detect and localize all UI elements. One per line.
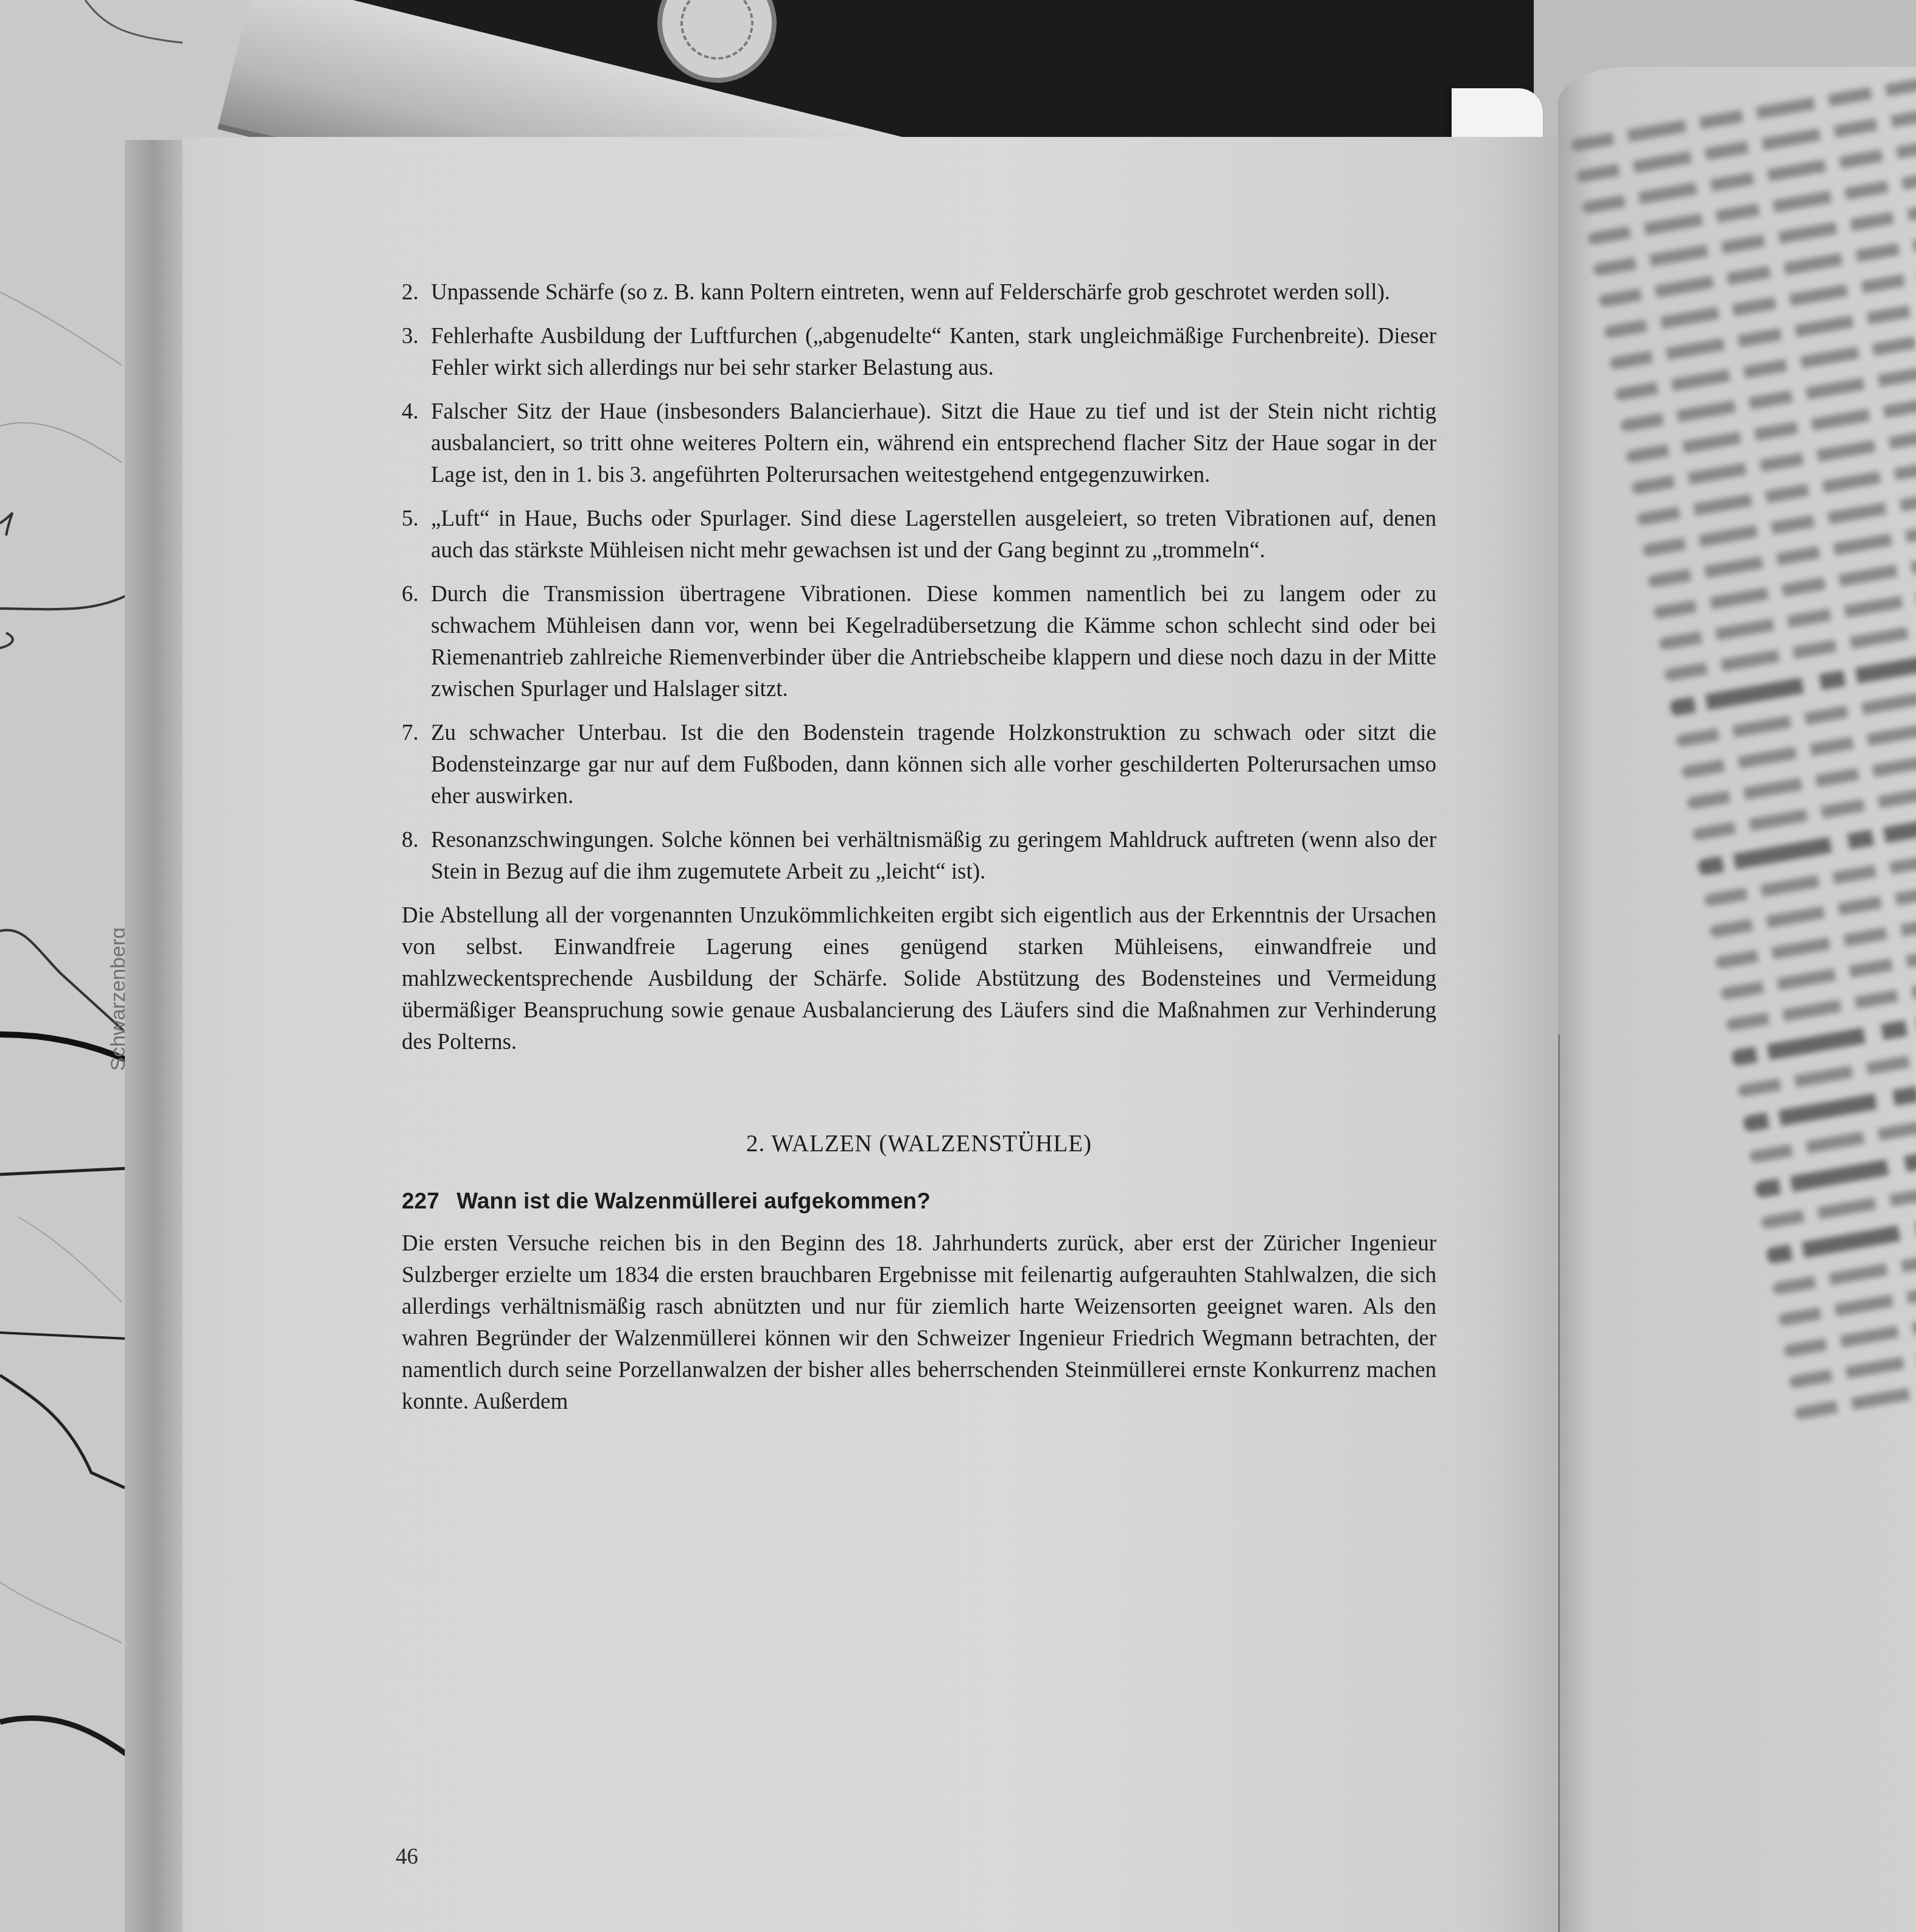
list-item-number: 3. — [402, 321, 431, 384]
question-text: Wann ist die Walzenmüllerei aufgekommen? — [456, 1188, 931, 1213]
list-item-text: Durch die Transmission übertragene Vibra… — [431, 579, 1436, 705]
list-item-text: Unpassende Schärfe (so z. B. kann Polter… — [431, 277, 1436, 309]
right-page-out-of-focus — [1558, 67, 1916, 1932]
list-item-text: Fehlerhafte Ausbildung der Luftfurchen (… — [431, 321, 1436, 384]
list-item-text: „Luft“ in Haue, Buchs oder Spurlager. Si… — [431, 503, 1436, 567]
list-item: 6. Durch die Transmission übertragene Vi… — [402, 579, 1436, 705]
list-item-number: 2. — [402, 277, 431, 309]
list-item-number: 8. — [402, 825, 431, 888]
list-item-number: 4. — [402, 396, 431, 491]
list-item: 3. Fehlerhafte Ausbildung der Luftfurche… — [402, 321, 1436, 384]
list-item-number: 6. — [402, 579, 431, 705]
list-item-text: Resonanzschwingungen. Solche können bei … — [431, 825, 1436, 888]
summary-paragraph: Die Abstellung all der vorgenannten Unzu… — [402, 900, 1436, 1058]
list-item: 7. Zu schwacher Unterbau. Ist die den Bo… — [402, 717, 1436, 812]
list-item: 2. Unpassende Schärfe (so z. B. kann Pol… — [402, 277, 1436, 309]
question-number: 227 — [402, 1185, 450, 1217]
list-item-number: 5. — [402, 503, 431, 567]
list-item: 4. Falscher Sitz der Haue (insbesonders … — [402, 396, 1436, 491]
section-title: 2. WALZEN (WALZENSTÜHLE) — [402, 1128, 1436, 1160]
list-item-number: 7. — [402, 717, 431, 812]
list-item: 8. Resonanzschwingungen. Solche können b… — [402, 825, 1436, 888]
page-gutter — [1558, 1034, 1560, 1932]
question-heading: 227 Wann ist die Walzenmüllerei aufgekom… — [402, 1185, 1436, 1217]
list-item: 5. „Luft“ in Haue, Buchs oder Spurlager.… — [402, 503, 1436, 567]
blurred-text — [1570, 72, 1916, 1439]
list-item-text: Falscher Sitz der Haue (insbesonders Bal… — [431, 396, 1436, 491]
page-body: 2. Unpassende Schärfe (so z. B. kann Pol… — [402, 277, 1436, 1430]
page-number: 46 — [396, 1844, 418, 1870]
answer-paragraph: Die ersten Versuche reichen bis in den B… — [402, 1228, 1436, 1418]
list-item-text: Zu schwacher Unterbau. Ist die den Boden… — [431, 717, 1436, 812]
